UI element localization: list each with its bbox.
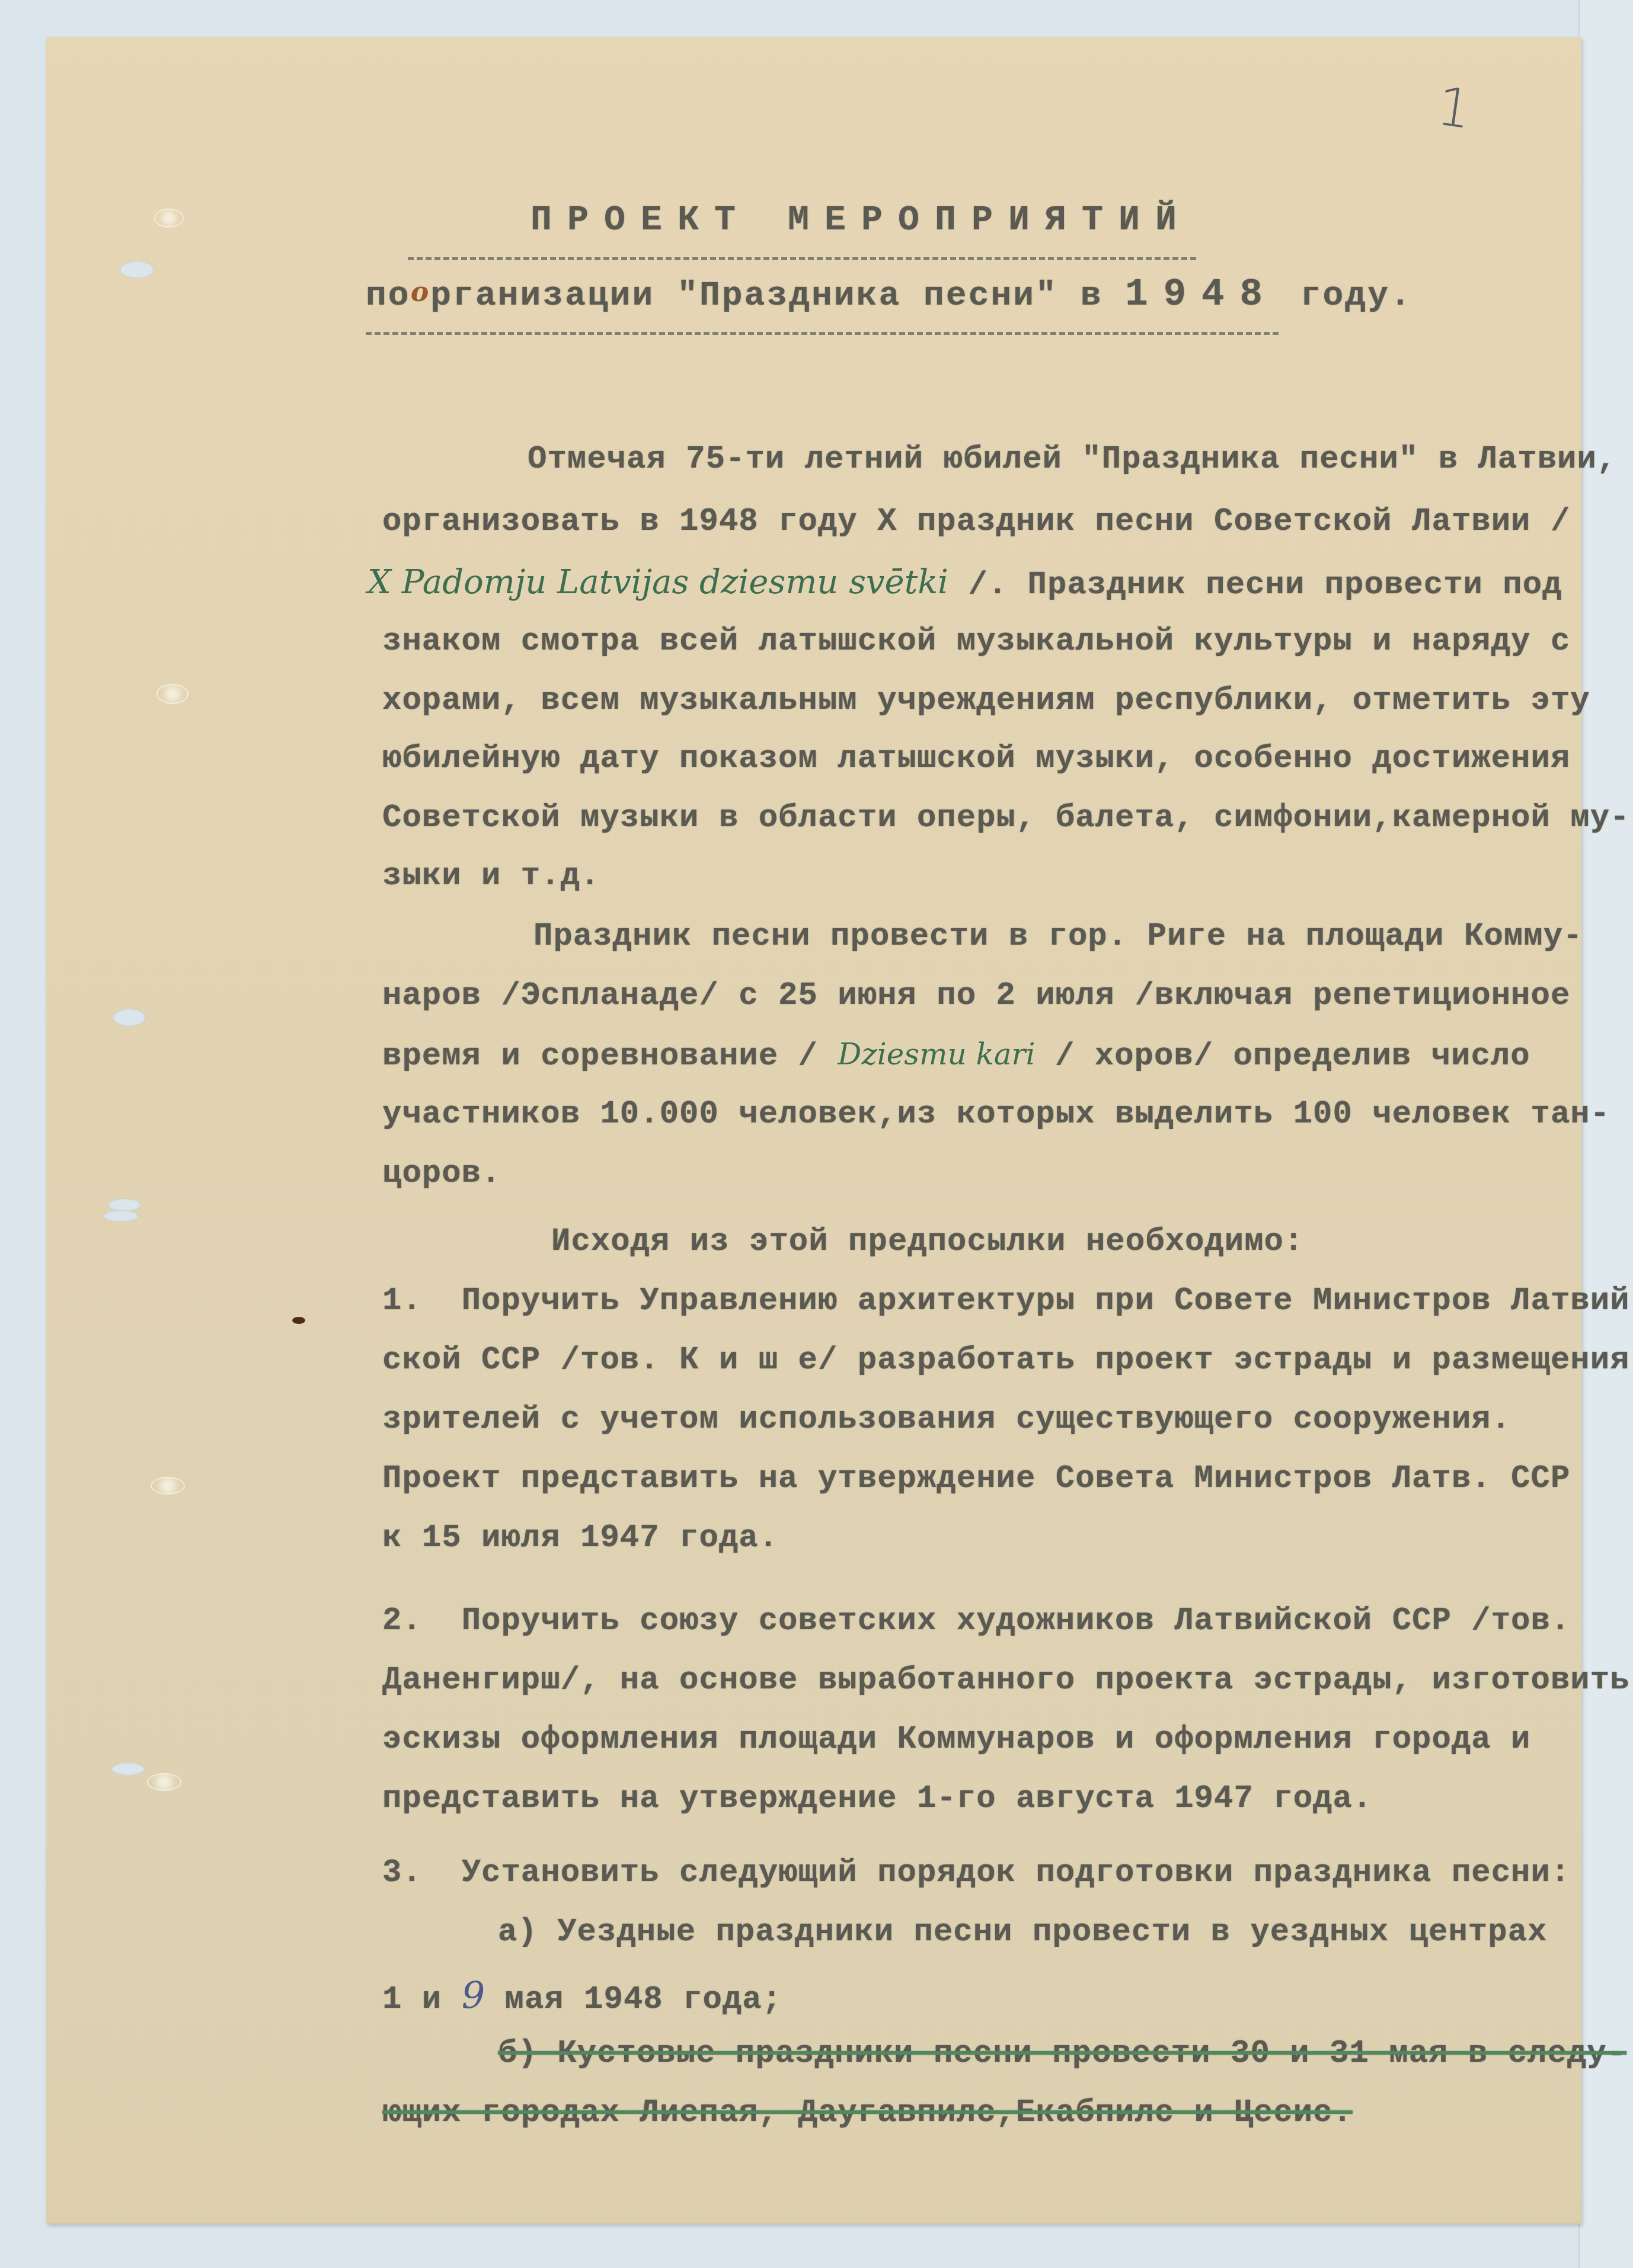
punch-mark bbox=[147, 1773, 181, 1791]
subtitle-text: рганизации "Праздника песни" в bbox=[430, 277, 1125, 315]
handwritten-insert: Dziesmu kari bbox=[838, 1037, 1035, 1071]
punch-hole bbox=[111, 1762, 145, 1776]
handwritten-correction: о bbox=[411, 276, 431, 308]
text-line: Даненгирш/, на основе выработанного прое… bbox=[382, 1662, 1630, 1698]
preamble: Исходя из этой предпосылки необходимо: bbox=[551, 1224, 1303, 1260]
typed-text: /. Праздник песни провести под bbox=[968, 567, 1562, 603]
document-subtitle: поорганизации "Праздника песни" в 1948 г… bbox=[366, 274, 1413, 316]
text-line: зыки и т.д. bbox=[382, 858, 600, 894]
item-text: Установить следующий порядок подготовки … bbox=[462, 1855, 1571, 1891]
text-line: ской ССР /тов. К и ш е/ разработать прое… bbox=[382, 1342, 1630, 1378]
text-line: Советской музыки в области оперы, балета… bbox=[382, 800, 1630, 836]
typed-text: мая 1948 года; bbox=[485, 1982, 782, 2018]
handwritten-insert: X Padomju Latvijas dziesmu svētki bbox=[367, 563, 948, 602]
text-line: эскизы оформления площади Коммунаров и о… bbox=[382, 1722, 1531, 1758]
subtitle-prefix: по bbox=[366, 277, 411, 315]
title-underline bbox=[408, 257, 1196, 260]
punch-hole bbox=[113, 1009, 146, 1026]
subtitle-suffix: году. bbox=[1278, 277, 1413, 315]
subitem-text: Уездные праздники песни провести в уездн… bbox=[557, 1914, 1547, 1950]
item-text: Поручить союзу советских художников Латв… bbox=[462, 1603, 1571, 1639]
subitem-text: Кустовые праздники песни провести 30 и 3… bbox=[557, 2036, 1626, 2072]
struck-text-line: ющих городах Лиепая, Даугавпилс,Екабпилс… bbox=[382, 2095, 1353, 2131]
text-line: организовать в 1948 году X праздник песн… bbox=[382, 504, 1570, 540]
punch-mark bbox=[156, 684, 188, 704]
struck-subitem-b: б) Кустовые праздники песни провести 30 … bbox=[498, 2036, 1626, 2072]
subtitle-year: 1948 bbox=[1125, 274, 1278, 316]
text-line: цоров. bbox=[382, 1156, 501, 1192]
item-number: 1. bbox=[382, 1283, 422, 1319]
text-line: Проект представить на утверждение Совета… bbox=[382, 1461, 1570, 1497]
text-line: знаком смотра всей латышской музыкальной… bbox=[382, 623, 1570, 660]
item-text: Поручить Управлению архитектуры при Сове… bbox=[462, 1283, 1633, 1319]
handwritten-correction: 9 bbox=[462, 1973, 485, 2017]
typed-text: время и соревнование / bbox=[382, 1038, 818, 1074]
list-item-3: 3. Установить следующий порядок подготов… bbox=[382, 1855, 1570, 1891]
subitem-label: б) bbox=[498, 2036, 538, 2072]
text-line: зрителей с учетом использования существу… bbox=[382, 1402, 1511, 1438]
text-line: хорами, всем музыкальным учреждениям рес… bbox=[382, 683, 1590, 719]
punch-hole bbox=[120, 261, 154, 279]
list-item-1: 1. Поручить Управлению архитектуры при С… bbox=[382, 1283, 1633, 1319]
text-line: участников 10.000 человек,из которых выд… bbox=[382, 1096, 1610, 1133]
list-item-2: 2. Поручить союзу советских художников Л… bbox=[382, 1603, 1570, 1639]
text-line: Отмечая 75-ти летний юбилей "Праздника п… bbox=[528, 442, 1616, 478]
punch-mark bbox=[151, 1477, 185, 1495]
text-line-with-handwriting: время и соревнование / Dziesmu kari / хо… bbox=[382, 1037, 1530, 1074]
subitem-label: а) bbox=[498, 1914, 538, 1950]
text-line: к 15 июля 1947 года. bbox=[382, 1520, 778, 1556]
text-line: представить на утверждение 1-го августа … bbox=[382, 1781, 1372, 1817]
item-number: 2. bbox=[382, 1603, 422, 1639]
punch-hole bbox=[103, 1210, 139, 1222]
subtitle-underline bbox=[366, 332, 1279, 335]
typed-text: 1 и bbox=[382, 1982, 462, 2018]
scanner-background-edge bbox=[1578, 0, 1633, 2268]
item-number: 3. bbox=[382, 1855, 422, 1891]
punch-hole bbox=[108, 1198, 141, 1211]
text-line: наров /Эспланаде/ с 25 июня по 2 июля /в… bbox=[382, 978, 1570, 1014]
subitem-a: а) Уездные праздники песни провести в уе… bbox=[498, 1914, 1547, 1950]
typed-text: / хоров/ определив число bbox=[1055, 1038, 1530, 1074]
punch-mark bbox=[154, 209, 184, 228]
text-line: юбилейную дату показом латышской музыки,… bbox=[382, 741, 1570, 777]
text-line-with-handwriting: X Padomju Latvijas dziesmu svētki /. Пра… bbox=[367, 563, 1562, 603]
document-title: ПРОЕКТ МЕРОПРИЯТИЙ bbox=[531, 200, 1192, 241]
ink-stain bbox=[292, 1317, 305, 1324]
text-line-with-handwriting: 1 и 9 мая 1948 года; bbox=[382, 1973, 782, 2018]
text-line: Праздник песни провести в гор. Риге на п… bbox=[533, 919, 1583, 955]
